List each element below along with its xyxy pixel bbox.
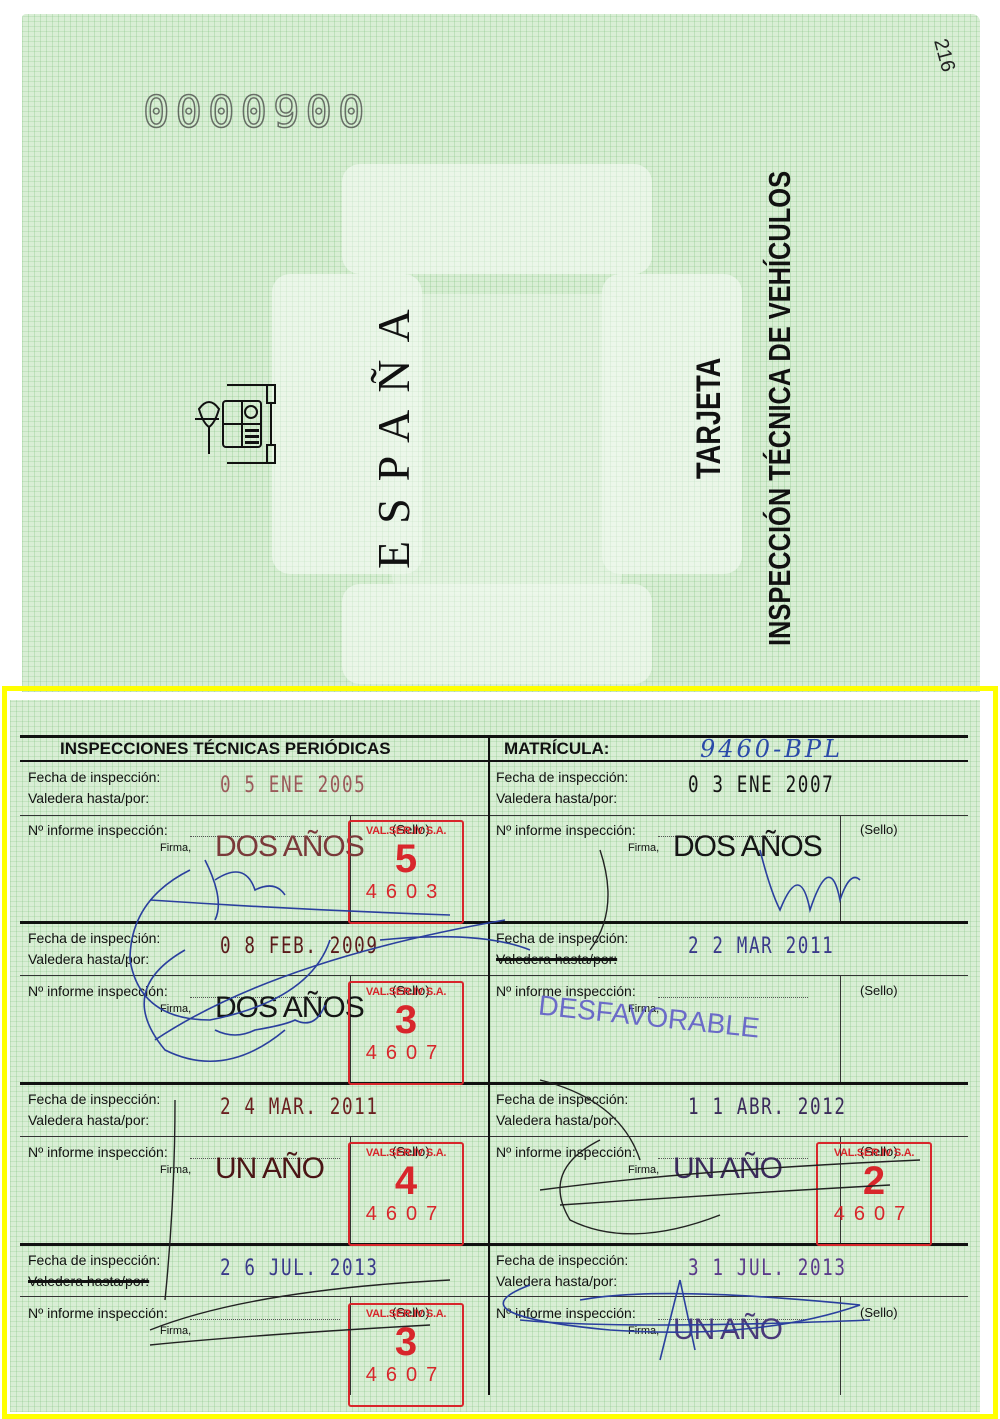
inspection-date-label: Fecha de inspección:: [28, 1091, 160, 1107]
inspection-date-label: Fecha de inspección:: [496, 930, 628, 946]
seal-organization: VAL.SER.IV S.A.: [350, 1147, 462, 1159]
report-number-label: Nº informe inspección:: [496, 822, 636, 838]
inspection-date-stamp: 2 4 MAR. 2011: [220, 1095, 379, 1120]
plate-label: MATRÍCULA:: [504, 739, 609, 759]
seal-label: (Sello): [860, 983, 898, 998]
inspection-seal: VAL.SER.IV S.A. 5 4603: [348, 820, 464, 924]
seal-code: 4607: [350, 1203, 462, 1226]
card-subtitle: INSPECCIÓN TÉCNICA DE VEHÍCULOS: [762, 171, 798, 646]
inspection-date-label: Fecha de inspección:: [496, 1091, 628, 1107]
valid-until-label: Valedera hasta/por:: [28, 790, 149, 806]
seal-code: 4607: [350, 1364, 462, 1387]
valid-until-label: Valedera hasta/por:: [496, 790, 617, 806]
inspection-date-stamp: 0 3 ENE 2007: [688, 773, 834, 798]
validity-stamp: UN AÑO: [673, 1313, 782, 1347]
validity-stamp: DOS AÑOS: [215, 830, 364, 864]
inspection-date-stamp: 0 5 ENE 2005: [220, 773, 366, 798]
validity-stamp: DOS AÑOS: [215, 991, 364, 1025]
report-number-label: Nº informe inspección:: [496, 1305, 636, 1321]
signature-label: Firma,: [628, 842, 659, 854]
document-cover: 0060000 216 ESPAÑA TARJETA INSPECCIÓN TÉ…: [22, 14, 980, 692]
valid-until-label: Valedera hasta/por:: [28, 1112, 149, 1128]
valid-until-label: Valedera hasta/por:: [496, 1112, 617, 1128]
valid-until-label: Valedera hasta/por:: [28, 951, 149, 967]
valid-until-label: Valedera hasta/por:: [496, 1273, 617, 1289]
signature-label: Firma,: [160, 1325, 191, 1337]
seal-organization: VAL.SER.IV S.A.: [350, 825, 462, 837]
inspection-date-label: Fecha de inspección:: [28, 930, 160, 946]
report-number-label: Nº informe inspección:: [496, 1144, 636, 1160]
inspection-seal: VAL.SER.IV S.A. 3 4607: [348, 981, 464, 1085]
seal-code: 4607: [818, 1203, 930, 1226]
signature-label: Firma,: [628, 1164, 659, 1176]
valid-until-label: Valedera hasta/por:: [496, 951, 617, 967]
table-heading: INSPECCIONES TÉCNICAS PERIÓDICAS: [60, 739, 391, 759]
signature-label: Firma,: [160, 1164, 191, 1176]
inspection-date-stamp: 2 6 JUL. 2013: [220, 1256, 379, 1281]
inspection-date-label: Fecha de inspección:: [28, 1252, 160, 1268]
validity-stamp: UN AÑO: [215, 1152, 324, 1186]
inspection-date-stamp: 1 1 ABR. 2012: [688, 1095, 847, 1120]
valid-until-label: Valedera hasta/por:: [28, 1273, 149, 1289]
seal-label: (Sello): [860, 1305, 898, 1320]
seal-code: 4607: [350, 1042, 462, 1065]
validity-stamp: UN AÑO: [673, 1152, 782, 1186]
seal-code: 4603: [350, 881, 462, 904]
report-number-label: Nº informe inspección:: [28, 983, 168, 999]
inspection-seal: VAL.SER.IV S.A. 2 4607: [816, 1142, 932, 1246]
report-number-label: Nº informe inspección:: [28, 1144, 168, 1160]
inspection-date-label: Fecha de inspección:: [28, 769, 160, 785]
signature-label: Firma,: [160, 1003, 191, 1015]
serial-number: 216: [928, 36, 959, 74]
signature-label: Firma,: [160, 842, 191, 854]
coat-of-arms-icon: [187, 379, 287, 469]
perforated-number: 0060000: [137, 84, 364, 135]
report-number-label: Nº informe inspección:: [28, 822, 168, 838]
card-title: TARJETA: [690, 358, 729, 479]
seal-organization: VAL.SER.IV S.A.: [818, 1147, 930, 1159]
seal-organization: VAL.SER.IV S.A.: [350, 1308, 462, 1320]
inspection-seal: VAL.SER.IV S.A. 3 4607: [348, 1303, 464, 1407]
watermark-coat-of-arms: [272, 164, 742, 684]
seal-number: 2: [818, 1161, 930, 1201]
inspection-seal: VAL.SER.IV S.A. 4 4607: [348, 1142, 464, 1246]
signature-label: Firma,: [628, 1325, 659, 1337]
report-number-label: Nº informe inspección:: [28, 1305, 168, 1321]
seal-label: (Sello): [860, 822, 898, 837]
seal-organization: VAL.SER.IV S.A.: [350, 986, 462, 998]
seal-number: 3: [350, 1322, 462, 1362]
inspection-date-label: Fecha de inspección:: [496, 1252, 628, 1268]
seal-number: 3: [350, 1000, 462, 1040]
inspection-date-stamp: 2 2 MAR 2011: [688, 934, 834, 959]
validity-stamp: DOS AÑOS: [673, 830, 822, 864]
seal-number: 4: [350, 1161, 462, 1201]
inspection-date-stamp: 3 1 JUL. 2013: [688, 1256, 847, 1281]
inspection-date-stamp: 0 8 FEB. 2009: [220, 934, 379, 959]
plate-number-handwritten: 9460-BPL: [700, 735, 843, 763]
seal-number: 5: [350, 839, 462, 879]
inspection-date-label: Fecha de inspección:: [496, 769, 628, 785]
country-title: ESPAÑA: [367, 292, 420, 569]
